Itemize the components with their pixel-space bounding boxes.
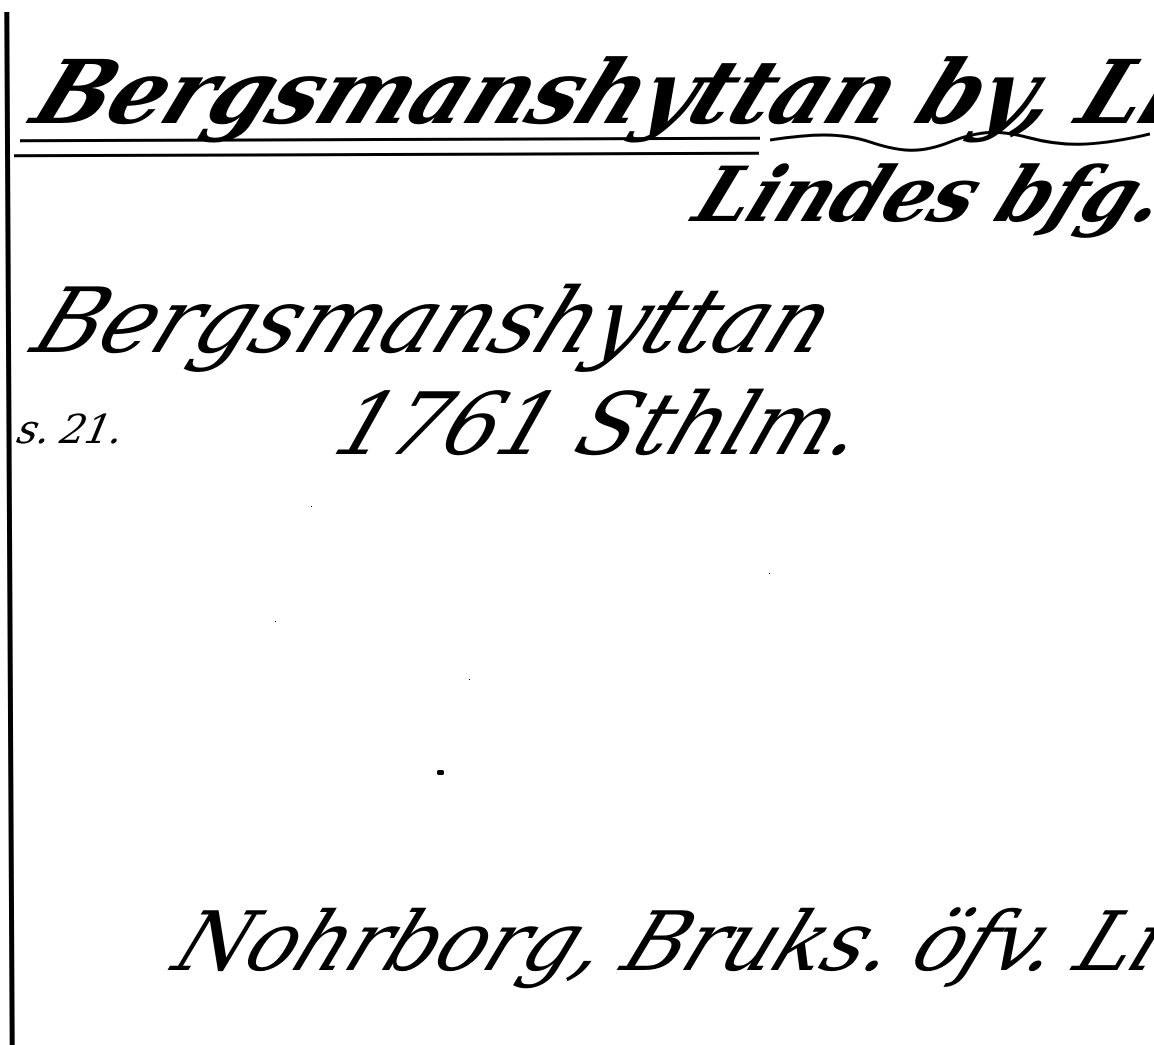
- ink-dot: [437, 770, 444, 775]
- year-and-city: 1761 Sthlm.: [322, 375, 879, 475]
- margin-rule: [4, 12, 14, 1045]
- footer-attribution: Nohrborg, Bruks. öfv. Lindeberg.: [161, 895, 1154, 991]
- heading-underline-lower: [14, 152, 759, 158]
- speck: [311, 506, 312, 507]
- place-name: Bergsmanshyttan: [20, 272, 848, 372]
- page-reference: s. 21.: [13, 405, 127, 455]
- speck: [469, 679, 470, 680]
- heading-line-2: Lindes bfg. Vet.: [682, 150, 1154, 240]
- index-card: Bergsmanshyttan by, Lindes sn. Lindes bf…: [0, 0, 1154, 1045]
- speck: [769, 573, 770, 574]
- speck: [275, 621, 276, 622]
